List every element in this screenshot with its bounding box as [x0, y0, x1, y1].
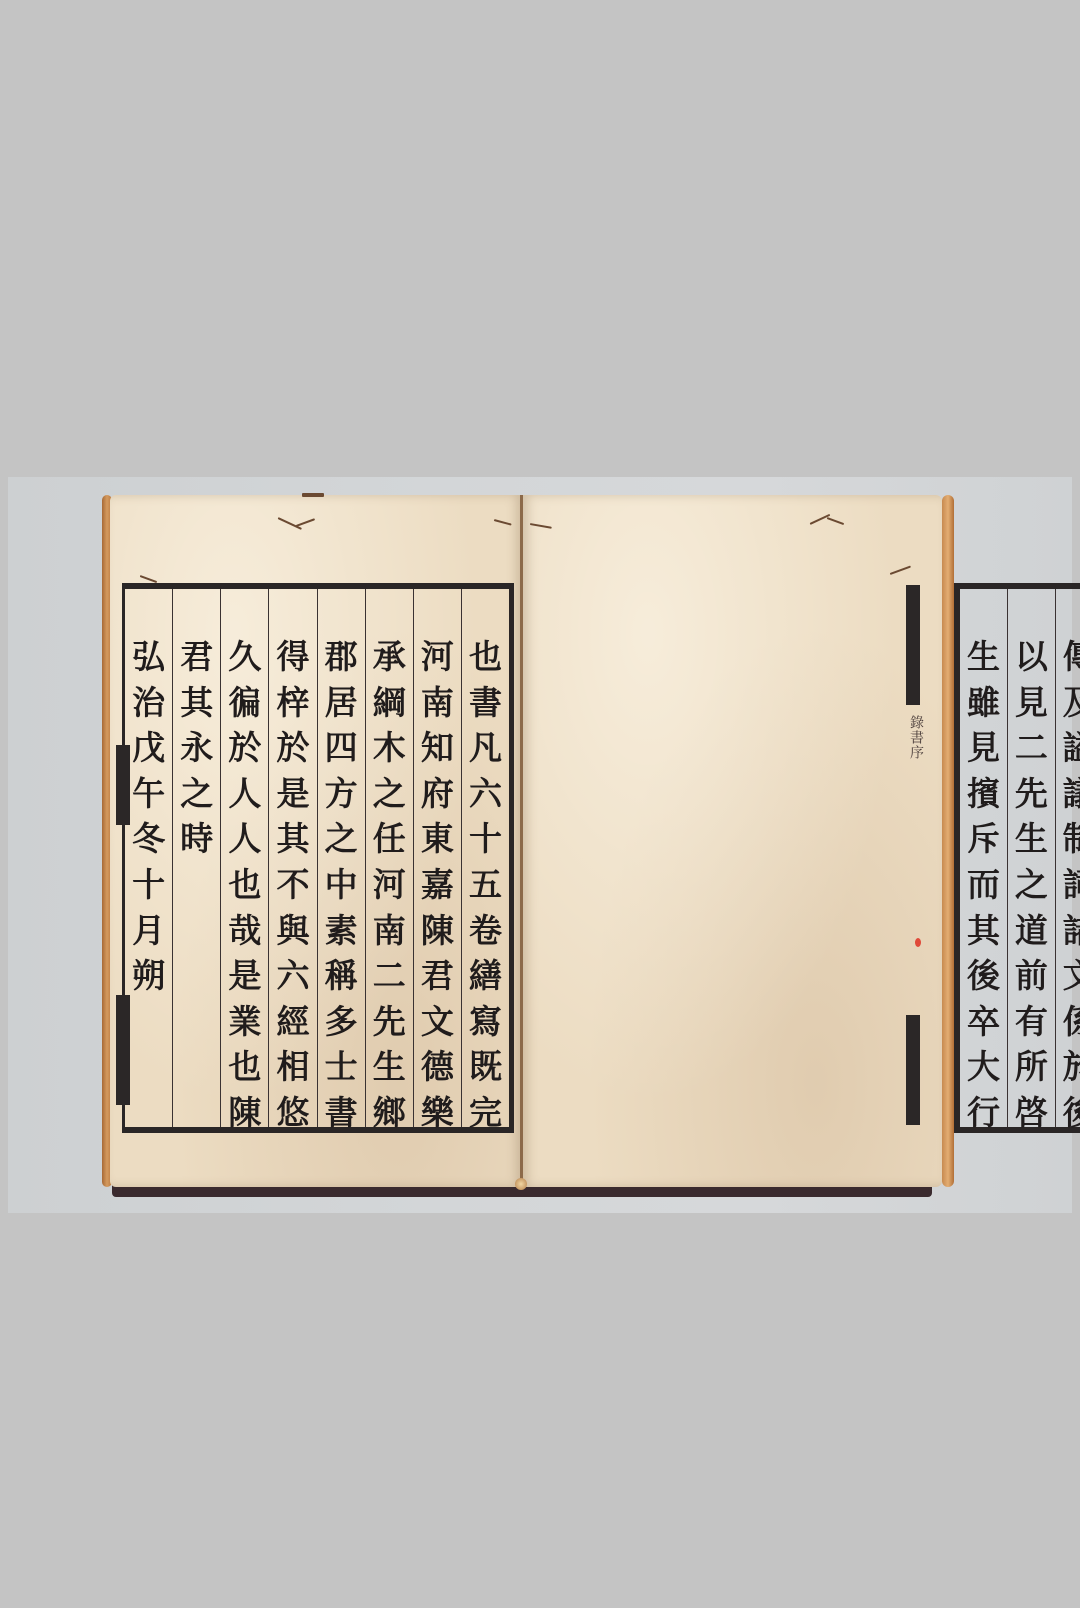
character: 見: [967, 725, 1000, 771]
character: 六: [276, 953, 309, 999]
character: 之: [373, 771, 406, 817]
character: 是: [228, 953, 261, 999]
character: 生: [373, 1044, 406, 1090]
text-column: 君其永之時: [172, 589, 220, 1127]
character: 河: [373, 862, 406, 908]
character: 府: [421, 771, 454, 817]
character: 書: [325, 1090, 358, 1136]
character: 有: [1015, 999, 1048, 1045]
text-column: 弘治戊午冬十月朔: [125, 589, 172, 1127]
character: 以: [1015, 634, 1048, 680]
paper-crack: [494, 519, 512, 526]
character: 既: [469, 1044, 502, 1090]
character: 五: [469, 862, 502, 908]
text-column: 以見二先生之道前有所啓: [1007, 589, 1055, 1127]
character: 文: [421, 999, 454, 1045]
fishtail-mark: [116, 745, 130, 825]
character: 道: [1015, 908, 1048, 954]
character: 木: [373, 725, 406, 771]
character: 徧: [228, 680, 261, 726]
center-fold: [520, 495, 523, 1187]
character: 卒: [967, 999, 1000, 1045]
character: 郡: [325, 634, 358, 680]
character: 午: [132, 771, 165, 817]
character: 文: [1063, 953, 1080, 999]
character: 謚: [1063, 725, 1080, 771]
character: 君: [180, 634, 213, 680]
text-column: 久徧於人人也哉是業也陳: [220, 589, 268, 1127]
text-column: 得梓於是其不與六經相悠: [268, 589, 316, 1127]
character: 冬: [132, 816, 165, 862]
character: 二: [373, 953, 406, 999]
character: 得: [276, 634, 309, 680]
character: 凡: [469, 725, 502, 771]
paper-crack: [296, 518, 315, 527]
text-column: 生雖見擯斥而其後卒大行: [960, 589, 1007, 1127]
character: 不: [276, 862, 309, 908]
text-column: 河南知府東嘉陳君文德樂: [413, 589, 461, 1127]
right-page-frame: 酬初志訪得各本遂屬叅議 康君孝隆重爲編輯僉事彭 君性仁復從而校正焉又採 程氏家譜…: [954, 583, 1080, 1133]
character: 其: [967, 908, 1000, 954]
character: 任: [373, 816, 406, 862]
character: 十: [132, 862, 165, 908]
fishtail-mark: [906, 1015, 920, 1125]
character: 樂: [421, 1090, 454, 1136]
margin-title: 錄書序: [906, 715, 926, 760]
character: 而: [967, 862, 1000, 908]
right-page-columns: 酬初志訪得各本遂屬叅議 康君孝隆重爲編輯僉事彭 君性仁復從而校正焉又採 程氏家譜…: [960, 589, 1080, 1127]
fishtail-mark: [906, 585, 920, 705]
character: 生: [1015, 816, 1048, 862]
character: 弘: [132, 634, 165, 680]
character: 前: [1015, 953, 1048, 999]
character: 也: [228, 1044, 261, 1090]
character: 永: [180, 725, 213, 771]
red-seal-mark: [915, 938, 921, 947]
character: 啓: [1015, 1090, 1048, 1136]
character: 士: [325, 1044, 358, 1090]
character: 方: [325, 771, 358, 817]
character: 大: [967, 1044, 1000, 1090]
character: 之: [325, 816, 358, 862]
character: 鄉: [373, 1090, 406, 1136]
character: 也: [469, 634, 502, 680]
character: 中: [325, 862, 358, 908]
character: 書: [469, 680, 502, 726]
character: 於: [228, 725, 261, 771]
character: 也: [228, 862, 261, 908]
character: 詞: [1063, 862, 1080, 908]
character: 生: [967, 634, 1000, 680]
binding-knot: [515, 1178, 527, 1190]
character: 四: [325, 725, 358, 771]
character: 久: [228, 634, 261, 680]
character: 時: [180, 816, 213, 862]
right-page: 酬初志訪得各本遂屬叅議 康君孝隆重爲編輯僉事彭 君性仁復從而校正焉又採 程氏家譜…: [522, 495, 942, 1187]
character: 雖: [967, 680, 1000, 726]
character: 後: [967, 953, 1000, 999]
character: 知: [421, 725, 454, 771]
character: 河: [421, 634, 454, 680]
character: 繕: [469, 953, 502, 999]
fishtail-mark: [116, 995, 130, 1105]
character: 素: [325, 908, 358, 954]
character: 其: [276, 816, 309, 862]
character: 君: [421, 953, 454, 999]
character: 十: [469, 816, 502, 862]
character: 擯: [967, 771, 1000, 817]
character: 於: [276, 725, 309, 771]
character: 制: [1063, 816, 1080, 862]
character: 戊: [132, 725, 165, 771]
character: 陳: [421, 908, 454, 954]
left-page-frame: 也書凡六十五卷繕寫既完 河南知府東嘉陳君文德樂 承綱木之任河南二先生鄉 郡居四方…: [122, 583, 514, 1133]
character: 先: [1015, 771, 1048, 817]
character: 悠: [276, 1090, 309, 1136]
character: 人: [228, 771, 261, 817]
character: 二: [1015, 725, 1048, 771]
character: 所: [1015, 1044, 1048, 1090]
character: 陳: [228, 1090, 261, 1136]
character: 綱: [373, 680, 406, 726]
character: 及: [1063, 680, 1080, 726]
character: 於: [1063, 1044, 1080, 1090]
character: 多: [325, 999, 358, 1045]
character: 南: [421, 680, 454, 726]
character: 之: [1015, 862, 1048, 908]
left-page: 也書凡六十五卷繕寫既完 河南知府東嘉陳君文德樂 承綱木之任河南二先生鄉 郡居四方…: [110, 495, 522, 1187]
character: 是: [276, 771, 309, 817]
open-book: 也書凡六十五卷繕寫既完 河南知府東嘉陳君文德樂 承綱木之任河南二先生鄉 郡居四方…: [102, 495, 954, 1195]
text-column: 傳及謚議制詞諸文係於後: [1055, 589, 1080, 1127]
paper-crack: [827, 517, 845, 525]
character: 行: [967, 1090, 1000, 1136]
character: 業: [228, 999, 261, 1045]
character: 人: [228, 816, 261, 862]
character: 後: [1063, 1090, 1080, 1136]
character: 諸: [1063, 908, 1080, 954]
character: 嘉: [421, 862, 454, 908]
character: 其: [180, 680, 213, 726]
character: 梓: [276, 680, 309, 726]
character: 朔: [132, 953, 165, 999]
character: 南: [373, 908, 406, 954]
character: 相: [276, 1044, 309, 1090]
character: 之: [180, 771, 213, 817]
character: 斥: [967, 816, 1000, 862]
right-cover-edge: [942, 495, 954, 1187]
character: 完: [469, 1090, 502, 1136]
text-column: 郡居四方之中素稱多士書: [317, 589, 365, 1127]
character: 治: [132, 680, 165, 726]
paper-crack: [890, 566, 911, 575]
character: 東: [421, 816, 454, 862]
character: 承: [373, 634, 406, 680]
character: 德: [421, 1044, 454, 1090]
text-column: 也書凡六十五卷繕寫既完: [461, 589, 509, 1127]
character: 經: [276, 999, 309, 1045]
paper-crack: [140, 575, 158, 583]
character: 議: [1063, 771, 1080, 817]
paper-tear: [302, 493, 324, 497]
left-page-columns: 也書凡六十五卷繕寫既完 河南知府東嘉陳君文德樂 承綱木之任河南二先生鄉 郡居四方…: [125, 589, 509, 1127]
character: 卷: [469, 908, 502, 954]
character: 月: [132, 908, 165, 954]
character: 寫: [469, 999, 502, 1045]
paper-crack: [530, 523, 552, 529]
character: 傳: [1063, 634, 1080, 680]
character: 與: [276, 908, 309, 954]
character: 六: [469, 771, 502, 817]
character: 哉: [228, 908, 261, 954]
character: 先: [373, 999, 406, 1045]
character: 係: [1063, 999, 1080, 1045]
text-column: 承綱木之任河南二先生鄉: [365, 589, 413, 1127]
character: 居: [325, 680, 358, 726]
character: 稱: [325, 953, 358, 999]
character: 見: [1015, 680, 1048, 726]
